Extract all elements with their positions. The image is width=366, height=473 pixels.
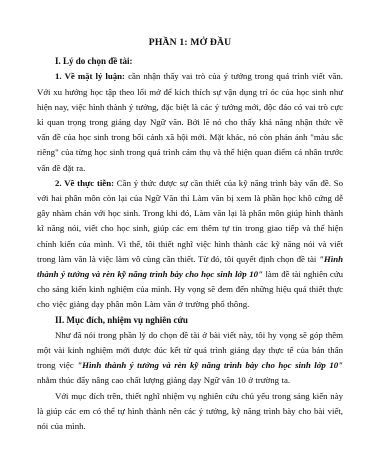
document-page: PHẦN 1: MỞ ĐẦU I. Lý do chọn đề tài:1. V… xyxy=(0,0,366,473)
sections: I. Lý do chọn đề tài:1. Về mặt lý luận: … xyxy=(37,54,343,434)
paragraph: Như đã nói trong phần lý do chọn đề tài … xyxy=(37,328,343,389)
text-run: 1. Về mặt lý luận: xyxy=(55,71,128,81)
text-run: "Hình thành ý tưởng và rèn kỹ năng trình… xyxy=(77,360,343,370)
text-run: cần nhận thấy vai trò của ý tưởng trong … xyxy=(37,71,343,172)
page-title: PHẦN 1: MỞ ĐẦU xyxy=(37,35,343,50)
paragraph: 2. Về thực tiễn: Cần ý thức được sự cần … xyxy=(37,176,343,313)
text-run: Với mục đích trên, thiết nghĩ nhiệm vụ n… xyxy=(37,391,343,431)
section-heading: I. Lý do chọn đề tài: xyxy=(37,54,343,69)
paragraph: 1. Về mặt lý luận: cần nhận thấy vai trò… xyxy=(37,69,343,175)
text-run: Cần ý thức được sự cần thiết của kỹ năng… xyxy=(37,178,343,264)
text-run: nhằm thúc đẩy nâng cao chất lượng giảng … xyxy=(37,375,290,385)
paragraph: Với mục đích trên, thiết nghĩ nhiệm vụ n… xyxy=(37,389,343,435)
text-run: 2. Về thực tiễn: xyxy=(55,178,117,188)
section-heading: II. Mục đích, nhiệm vụ nghiên cứu xyxy=(37,313,343,328)
